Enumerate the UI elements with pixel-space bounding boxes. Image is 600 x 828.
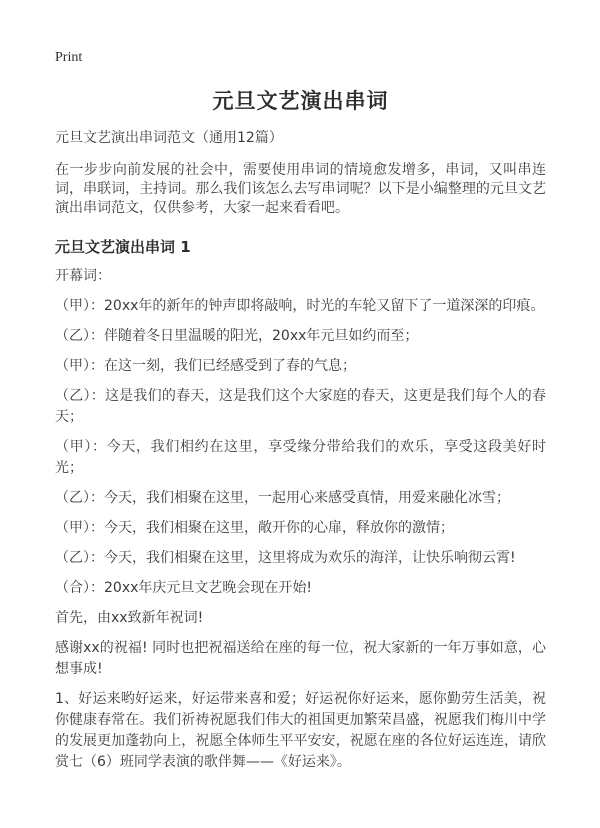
- content-paragraph: 感谢xx的祝福! 同时也把祝福送给在座的每一位，祝大家新的一年万事如意，心想事成…: [55, 638, 546, 680]
- intro-paragraph: 在一步步向前发展的社会中，需要使用串词的情境愈发增多，串词，又叫串连词，串联词，…: [55, 161, 546, 218]
- paragraph-list: 开幕词：（甲）：20xx年的新年的钟声即将敲响，时光的车轮又留下了一道深深的印痕…: [55, 266, 546, 773]
- content-paragraph: （甲）：今天，我们相约在这里，享受缘分带给我们的欢乐，享受这段美好时光；: [55, 437, 546, 479]
- content-paragraph: 开幕词：: [55, 266, 546, 287]
- content-paragraph: （甲）：20xx年的新年的钟声即将敲响，时光的车轮又留下了一道深深的印痕。: [55, 296, 546, 317]
- content-paragraph: （合）：20xx年庆元旦文艺晚会现在开始!: [55, 578, 546, 599]
- content-paragraph: （甲）：在这一刻，我们已经感受到了春的气息；: [55, 356, 546, 377]
- section-heading: 元旦文艺演出串词 1: [55, 237, 546, 257]
- document-subtitle: 元旦文艺演出串词范文（通用12篇）: [55, 129, 546, 148]
- content-paragraph: 1、好运来哟好运来，好运带来喜和爱；好运祝你好运来，愿你勤劳生活美，祝你健康春常…: [55, 689, 546, 773]
- content-paragraph: （乙）：伴随着冬日里温暖的阳光，20xx年元旦如约而至；: [55, 326, 546, 347]
- content-paragraph: （乙）：今天，我们相聚在这里，这里将成为欢乐的海洋，让快乐响彻云霄!: [55, 548, 546, 569]
- content-paragraph: （甲）：今天，我们相聚在这里，敞开你的心扉，释放你的激情；: [55, 518, 546, 539]
- content-paragraph: （乙）：今天，我们相聚在这里，一起用心来感受真情，用爱来融化冰雪；: [55, 488, 546, 509]
- content-paragraph: （乙）：这是我们的春天，这是我们这个大家庭的春天，这更是我们每个人的春天；: [55, 386, 546, 428]
- content-paragraph: 首先，由xx致新年祝词!: [55, 608, 546, 629]
- page-title: 元旦文艺演出串词: [55, 88, 546, 114]
- document-page: Print 元旦文艺演出串词 元旦文艺演出串词范文（通用12篇） 在一步步向前发…: [0, 0, 600, 828]
- print-link[interactable]: Print: [55, 50, 82, 66]
